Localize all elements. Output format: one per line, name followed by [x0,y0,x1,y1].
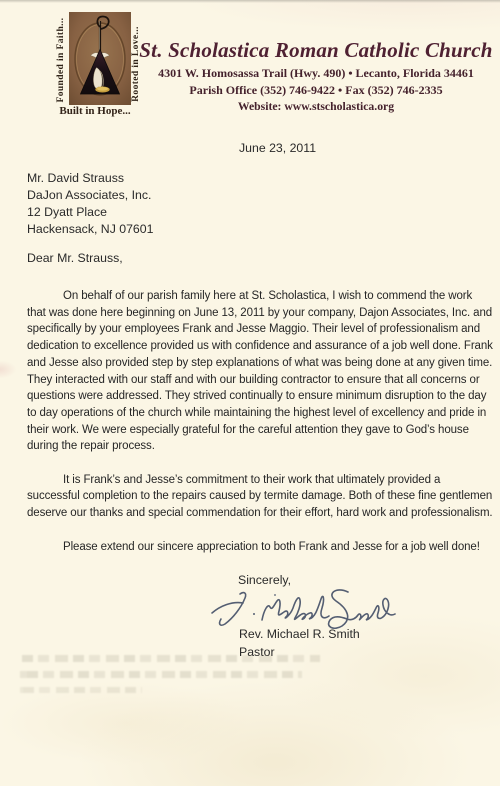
church-name: St. Scholastica Roman Catholic Church [135,38,497,63]
salutation: Dear Mr. Strauss, [27,251,123,265]
letter-page: Founded in Faith... Rooted in Love... Bu… [0,0,500,786]
bleed-through-line [22,655,320,662]
paragraph-1: On behalf of our parish family here at S… [27,288,493,455]
letter-body: On behalf of our parish family here at S… [27,288,493,555]
gold-dish-icon [95,87,109,93]
closing: Sincerely, [238,573,291,587]
signature-ink [212,590,395,628]
recipient-address-block: Mr. David Strauss DaJon Associates, Inc.… [27,170,153,238]
church-website: Website: www.stscholastica.org [135,100,497,113]
church-emblem [69,12,131,105]
emblem-motto-bottom: Built in Hope... [55,105,135,117]
bleed-through-line [20,687,142,693]
emblem-motto-left: Founded in Faith... [56,16,68,104]
letter-date: June 23, 2011 [239,141,316,155]
church-phone-fax: Parish Office (352) 746-9422 • Fax (352)… [135,83,497,98]
paragraph-2: It is Frank’s and Jesse’s commitment to … [27,472,493,522]
church-address: 4301 W. Homosassa Trail (Hwy. 490) • Lec… [135,66,497,81]
recipient-city: Hackensack, NJ 07601 [27,221,153,238]
signer-name: Rev. Michael R. Smith [239,627,360,641]
recipient-company: DaJon Associates, Inc. [27,187,153,204]
bleed-through-line [20,671,302,678]
recipient-street: 12 Dyatt Place [27,204,153,221]
paragraph-3: Please extend our sincere appreciation t… [27,539,493,556]
recipient-name: Mr. David Strauss [27,170,153,187]
